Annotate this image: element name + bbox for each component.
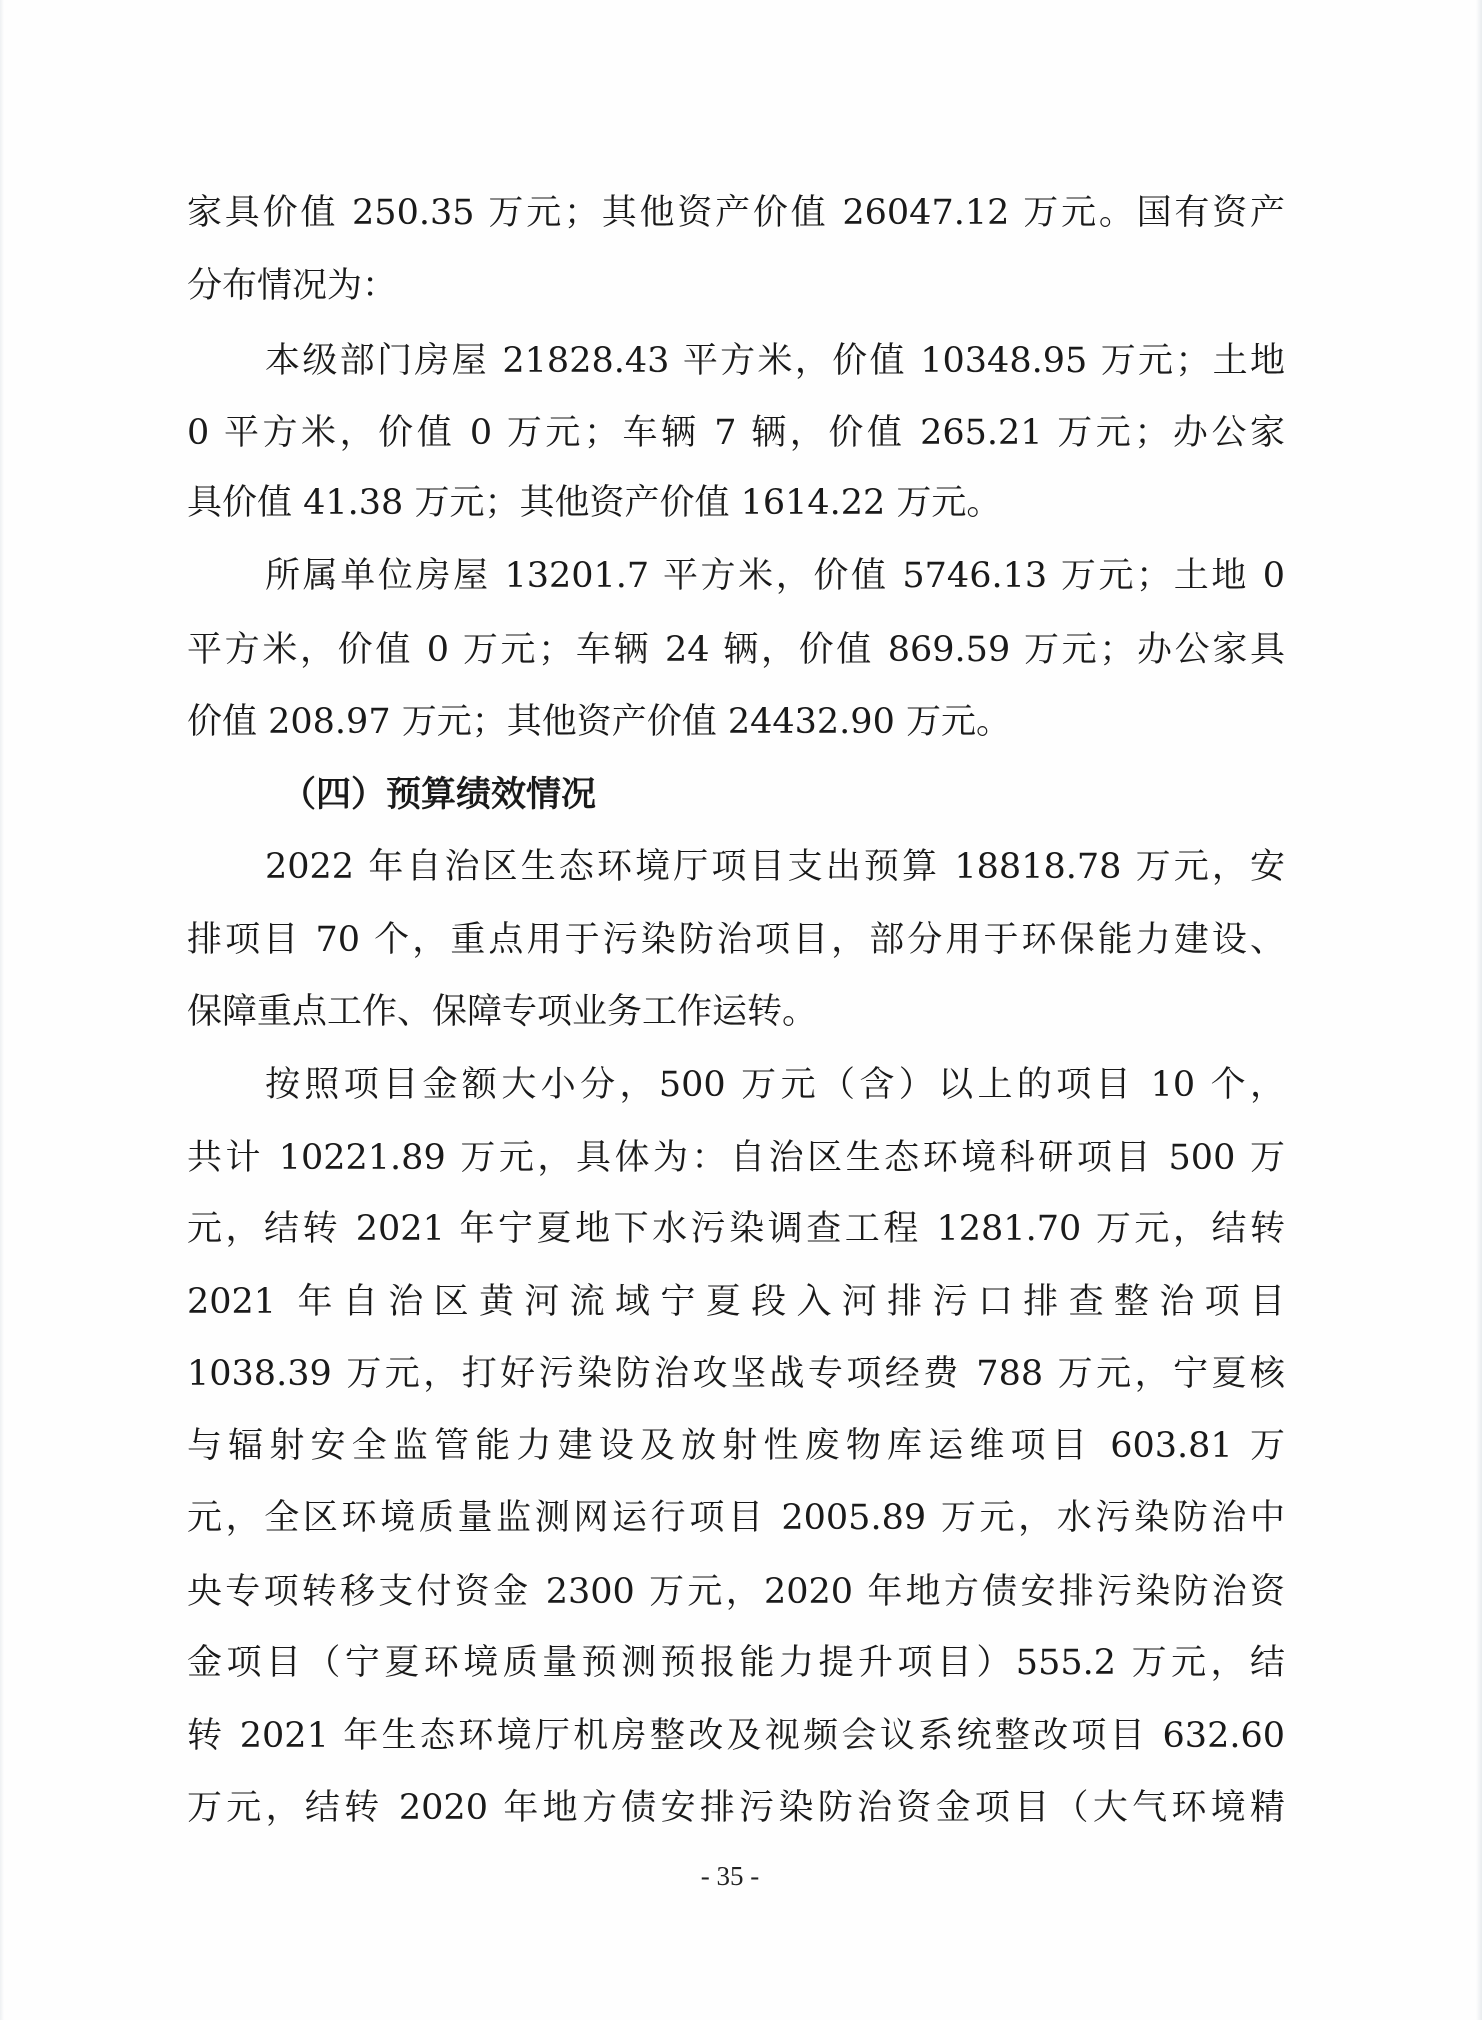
- text-line: 万元，结转 2020 年地方债安排污染防治资金项目（大气环境精: [187, 1786, 1285, 1830]
- scan-edge-right: [1476, 0, 1482, 2020]
- text-line: 具价值 41.38 万元；其他资产价值 1614.22 万元。: [187, 481, 1285, 525]
- text-line: 平方米，价值 0 万元；车辆 24 辆，价值 869.59 万元；办公家具: [187, 628, 1285, 672]
- text-line: 转 2021 年生态环境厅机房整改及视频会议系统整改项目 632.60: [187, 1714, 1285, 1758]
- text-line: 2021 年自治区黄河流域宁夏段入河排污口排查整治项目: [187, 1280, 1285, 1324]
- text-line: 金项目（宁夏环境质量预测预报能力提升项目）555.2 万元，结: [187, 1641, 1285, 1685]
- text-line: 央专项转移支付资金 2300 万元，2020 年地方债安排污染防治资: [187, 1570, 1285, 1614]
- paragraph-start-line: 本级部门房屋 21828.43 平方米，价值 10348.95 万元；土地: [265, 339, 1285, 383]
- text-line: 排项目 70 个，重点用于污染防治项目，部分用于环保能力建设、: [187, 918, 1285, 962]
- text-line: 0 平方米，价值 0 万元；车辆 7 辆，价值 265.21 万元；办公家: [187, 411, 1285, 455]
- text-line: 分布情况为：: [187, 264, 1285, 308]
- text-line: 家具价值 250.35 万元；其他资产价值 26047.12 万元。国有资产: [187, 191, 1285, 235]
- text-line: 元，全区环境质量监测网运行项目 2005.89 万元，水污染防治中: [187, 1496, 1285, 1540]
- section-heading: （四）预算绩效情况: [281, 773, 681, 817]
- paragraph-start-line: 按照项目金额大小分，500 万元（含）以上的项目 10 个，: [265, 1063, 1285, 1107]
- text-line: 与辐射安全监管能力建设及放射性废物库运维项目 603.81 万: [187, 1424, 1285, 1468]
- text-line: 元，结转 2021 年宁夏地下水污染调查工程 1281.70 万元，结转: [187, 1207, 1285, 1251]
- text-line: 共计 10221.89 万元，具体为：自治区生态环境科研项目 500 万: [187, 1136, 1285, 1180]
- paragraph-start-line: 2022 年自治区生态环境厅项目支出预算 18818.78 万元，安: [265, 845, 1285, 889]
- page-number: - 35 -: [680, 1858, 780, 1894]
- document-page: 家具价值 250.35 万元；其他资产价值 26047.12 万元。国有资产 分…: [0, 0, 1482, 2020]
- paragraph-start-line: 所属单位房屋 13201.7 平方米，价值 5746.13 万元；土地 0: [265, 554, 1285, 598]
- text-line: 保障重点工作、保障专项业务工作运转。: [187, 990, 1285, 1034]
- text-line: 1038.39 万元，打好污染防治攻坚战专项经费 788 万元，宁夏核: [187, 1352, 1285, 1396]
- scan-edge-left: [0, 0, 4, 2020]
- text-line: 价值 208.97 万元；其他资产价值 24432.90 万元。: [187, 700, 1285, 744]
